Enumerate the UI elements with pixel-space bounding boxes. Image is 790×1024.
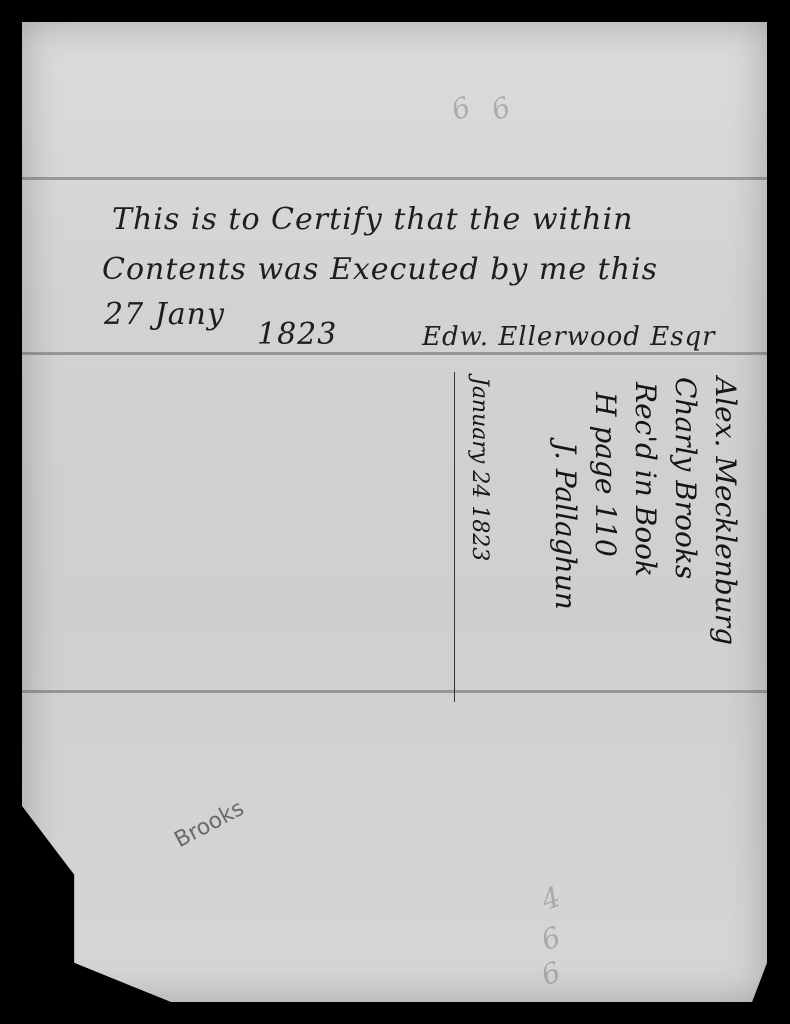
- bleed-through-mark: 6: [447, 90, 475, 127]
- document-page: 6 6 4 6 6 This is to Certify that the wi…: [22, 22, 767, 1002]
- registration-date: January 24 1823: [467, 377, 492, 561]
- bleed-through-mark: 6: [537, 920, 565, 957]
- margin-rule: [454, 372, 455, 702]
- certificate-year: 1823: [257, 317, 337, 352]
- certificate-date: 27 Jany: [104, 297, 225, 332]
- registration-line: Rec'd in Book: [629, 382, 662, 577]
- bleed-through-mark: 6: [537, 955, 565, 992]
- registration-line: Charly Brooks: [669, 377, 702, 579]
- certificate-line: This is to Certify that the within: [112, 202, 633, 237]
- registration-line: Alex. Mecklenburg: [709, 377, 742, 645]
- bleed-through-mark: 6: [487, 90, 515, 127]
- bleed-through-mark: 4: [537, 880, 565, 917]
- pencil-note: Brooks: [171, 796, 249, 853]
- fold-line: [22, 177, 767, 180]
- fold-line: [22, 690, 767, 693]
- registration-line: H page 110: [589, 392, 622, 557]
- fold-line: [22, 352, 767, 355]
- certificate-line: Contents was Executed by me this: [102, 252, 658, 287]
- signature: Edw. Ellerwood Esqr: [422, 322, 716, 352]
- registration-line: J. Pallaghun: [549, 442, 582, 610]
